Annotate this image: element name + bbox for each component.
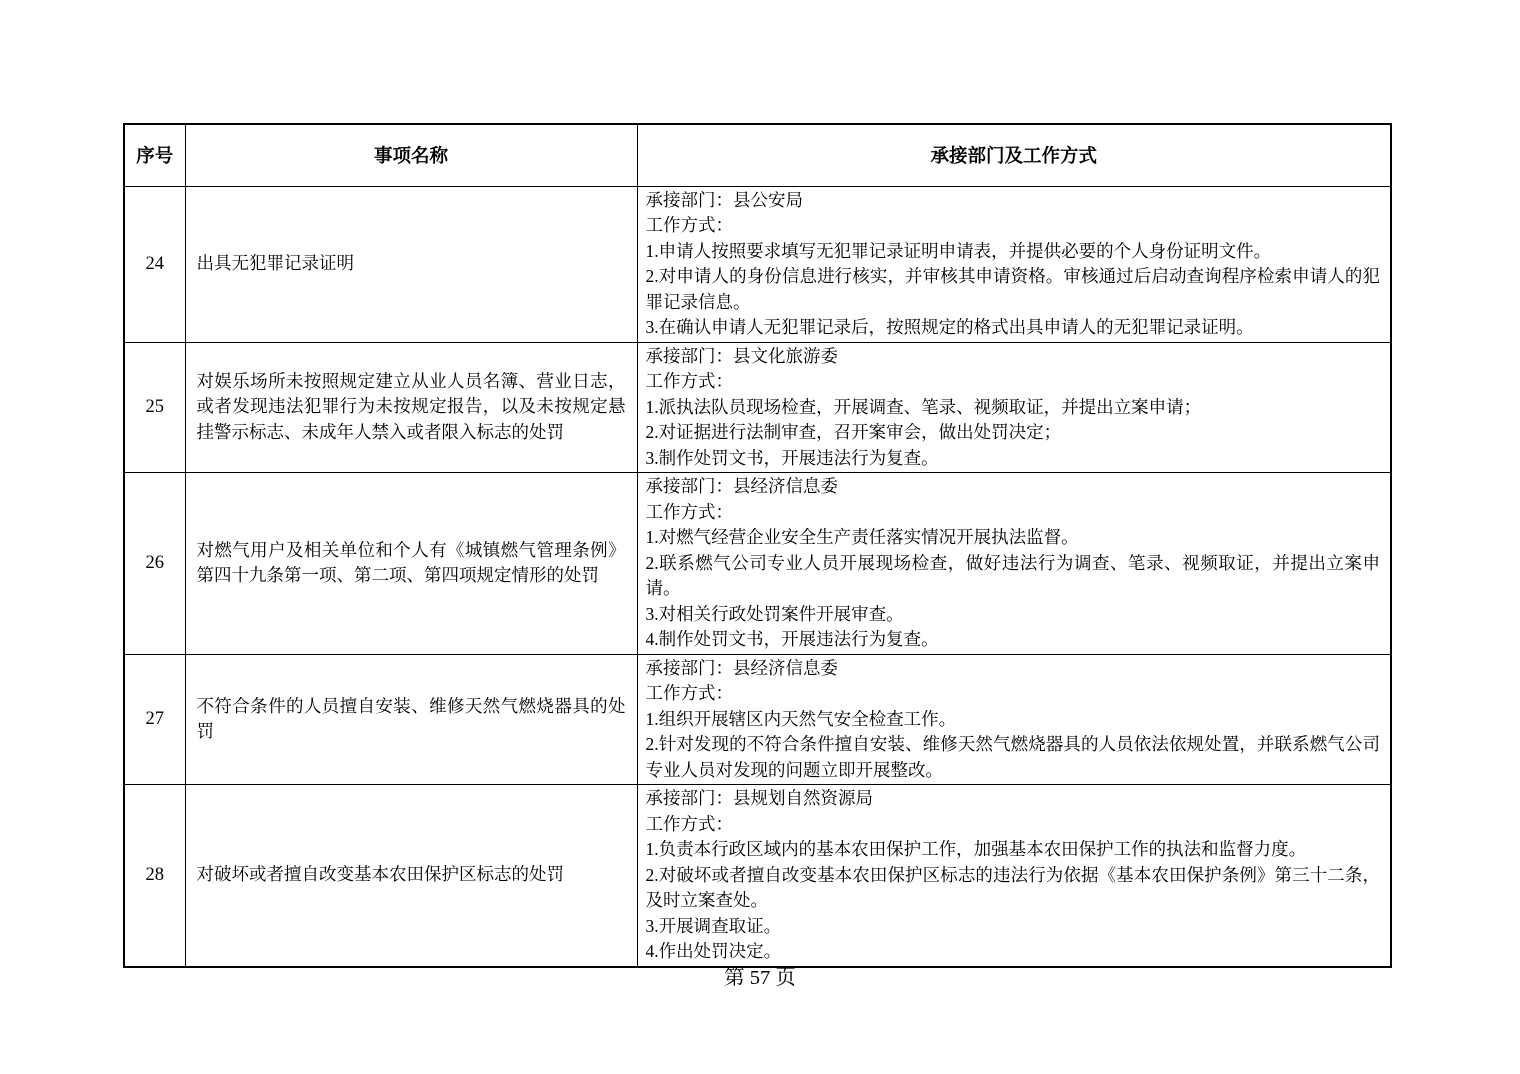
detail-line: 1.派执法队员现场检查，开展调查、笔录、视频取证，并提出立案申请； [646,395,1381,421]
header-item-name: 事项名称 [185,124,637,186]
detail-line: 3.在确认申请人无犯罪记录后，按照规定的格式出具申请人的无犯罪记录证明。 [646,315,1381,341]
table-row: 27 不符合条件的人员擅自安装、维修天然气燃烧器具的处罚 承接部门：县经济信息委… [124,654,1391,785]
row-item-name: 不符合条件的人员擅自安装、维修天然气燃烧器具的处罚 [185,654,637,785]
detail-line: 2.联系燃气公司专业人员开展现场检查，做好违法行为调查、笔录、视频取证，并提出立… [646,551,1381,602]
row-department-method: 承接部门：县经济信息委 工作方式： 1.组织开展辖区内天然气安全检查工作。 2.… [637,654,1391,785]
detail-line: 工作方式： [646,213,1381,239]
table-row: 28 对破坏或者擅自改变基本农田保护区标志的处罚 承接部门：县规划自然资源局 工… [124,785,1391,967]
row-item-name: 对燃气用户及相关单位和个人有《城镇燃气管理条例》第四十九条第一项、第二项、第四项… [185,473,637,655]
row-serial-number: 25 [124,342,185,473]
detail-line: 2.对证据进行法制审查，召开案审会，做出处罚决定； [646,420,1381,446]
detail-line: 2.对破坏或者擅自改变基本农田保护区标志的违法行为依据《基本农田保护条例》第三十… [646,863,1381,914]
detail-line: 2.对申请人的身份信息进行核实，并审核其申请资格。审核通过后启动查询程序检索申请… [646,264,1381,315]
row-department-method: 承接部门：县文化旅游委 工作方式： 1.派执法队员现场检查，开展调查、笔录、视频… [637,342,1391,473]
page-number: 第 57 页 [0,960,1520,990]
detail-line: 承接部门：县经济信息委 [646,474,1381,500]
detail-line: 3.对相关行政处罚案件开展审查。 [646,602,1381,628]
row-item-name: 对娱乐场所未按照规定建立从业人员名簿、营业日志，或者发现违法犯罪行为未按规定报告… [185,342,637,473]
detail-line: 1.申请人按照要求填写无犯罪记录证明申请表，并提供必要的个人身份证明文件。 [646,239,1381,265]
document-page: 序号 事项名称 承接部门及工作方式 24 出具无犯罪记录证明 承接部门：县公安局… [0,0,1520,1074]
row-serial-number: 24 [124,186,185,342]
detail-line: 承接部门：县规划自然资源局 [646,786,1381,812]
row-item-name: 出具无犯罪记录证明 [185,186,637,342]
detail-line: 工作方式： [646,681,1381,707]
row-department-method: 承接部门：县公安局 工作方式： 1.申请人按照要求填写无犯罪记录证明申请表，并提… [637,186,1391,342]
row-department-method: 承接部门：县规划自然资源局 工作方式： 1.负责本行政区域内的基本农田保护工作，… [637,785,1391,967]
row-serial-number: 27 [124,654,185,785]
detail-line: 2.针对发现的不符合条件擅自安装、维修天然气燃烧器具的人员依法依规处置，并联系燃… [646,732,1381,783]
detail-line: 承接部门：县文化旅游委 [646,344,1381,370]
detail-line: 工作方式： [646,369,1381,395]
table-row: 25 对娱乐场所未按照规定建立从业人员名簿、营业日志，或者发现违法犯罪行为未按规… [124,342,1391,473]
table-header-row: 序号 事项名称 承接部门及工作方式 [124,124,1391,186]
row-serial-number: 28 [124,785,185,967]
header-serial-number: 序号 [124,124,185,186]
detail-line: 3.制作处罚文书，开展违法行为复查。 [646,446,1381,472]
detail-line: 1.对燃气经营企业安全生产责任落实情况开展执法监督。 [646,525,1381,551]
detail-line: 3.开展调查取证。 [646,914,1381,940]
detail-line: 工作方式： [646,500,1381,526]
items-table: 序号 事项名称 承接部门及工作方式 24 出具无犯罪记录证明 承接部门：县公安局… [123,123,1392,968]
detail-line: 4.制作处罚文书，开展违法行为复查。 [646,627,1381,653]
detail-line: 承接部门：县经济信息委 [646,656,1381,682]
detail-line: 承接部门：县公安局 [646,188,1381,214]
table-row: 24 出具无犯罪记录证明 承接部门：县公安局 工作方式： 1.申请人按照要求填写… [124,186,1391,342]
detail-line: 1.组织开展辖区内天然气安全检查工作。 [646,707,1381,733]
detail-line: 工作方式： [646,812,1381,838]
table-row: 26 对燃气用户及相关单位和个人有《城镇燃气管理条例》第四十九条第一项、第二项、… [124,473,1391,655]
row-item-name: 对破坏或者擅自改变基本农田保护区标志的处罚 [185,785,637,967]
header-department-method: 承接部门及工作方式 [637,124,1391,186]
row-department-method: 承接部门：县经济信息委 工作方式： 1.对燃气经营企业安全生产责任落实情况开展执… [637,473,1391,655]
detail-line: 1.负责本行政区域内的基本农田保护工作，加强基本农田保护工作的执法和监督力度。 [646,837,1381,863]
row-serial-number: 26 [124,473,185,655]
